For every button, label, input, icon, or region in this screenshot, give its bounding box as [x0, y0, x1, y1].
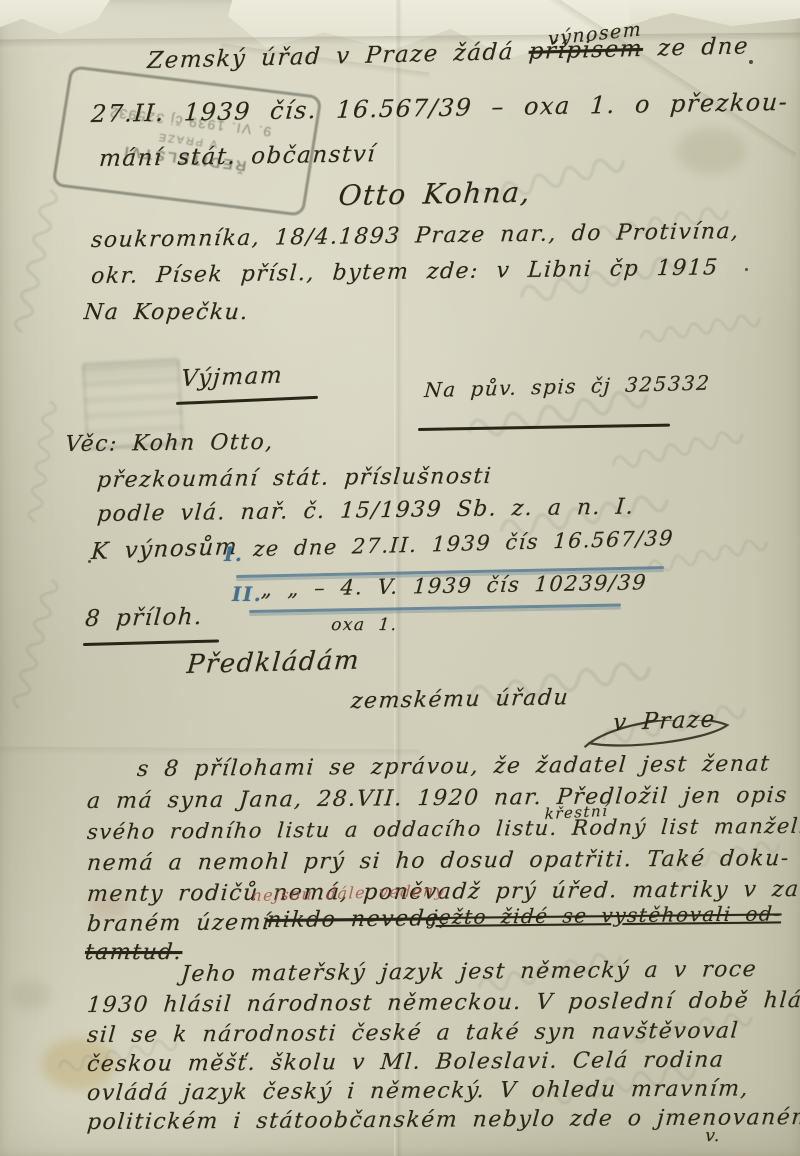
attachments-note: 8 příloh. — [84, 604, 204, 632]
body-line: braném území — [86, 910, 271, 937]
body-line: s 8 přílohami se zprávou, že žadatel jes… — [136, 751, 771, 782]
continuation-mark: v. — [704, 1126, 722, 1146]
body-line: sil se k národnosti české a také syn nav… — [86, 1018, 740, 1048]
letter-line: mání stát. občanství — [98, 141, 377, 172]
reference-line: ze dne 27.II. 1939 čís 16.567/39 — [253, 526, 675, 561]
body-line: 1930 hlásil národnost německou. V posled… — [86, 988, 800, 1018]
rubber-stamp-rotated: ŘEDITELSTVÍ V PRAZE 9. VI. 1939 čj 32593… — [51, 65, 322, 217]
struck-underlined-phrase: ježto židé se vystěhovali od- — [430, 901, 782, 929]
subject-line: přezkoumání stát. příslušnosti — [96, 464, 493, 493]
blue-roman-numeral: I. — [224, 542, 243, 566]
body-line: Jeho mateřský jazyk jest německý a v roc… — [180, 957, 758, 987]
struck-word: tamtud. — [84, 940, 184, 965]
ink-underline — [418, 424, 670, 431]
dispatch-note: Výjmam — [180, 362, 284, 392]
reference-lead: K výnosům — [90, 534, 239, 565]
body-line: politickém i státoobčanském nebylo zde o… — [86, 1105, 800, 1135]
blue-pencil-underline — [249, 604, 621, 613]
letter-opening-line: Zemský úřad v Praze žádá přípisem ze dne — [146, 33, 749, 74]
submission-verb: Předkládám — [186, 645, 362, 680]
subject-line: podle vlá. nař. č. 15/1939 Sb. z. a n. I… — [96, 494, 635, 527]
body-line: svého rodního listu a oddacího listu. Ro… — [86, 814, 800, 844]
ink-underline — [83, 639, 219, 645]
subject-name-heading: Otto Kohna, — [337, 176, 532, 212]
paper-stain — [676, 128, 746, 174]
opening-text: ze dne — [642, 33, 750, 62]
letter-line: Na Kopečku. — [83, 300, 250, 325]
body-line: nemá a nemohl prý si ho dosud opatřiti. … — [86, 846, 791, 876]
ink-speck — [745, 268, 748, 271]
letter-line: okr. Písek přísl., bytem zde: v Libni čp… — [90, 255, 719, 289]
letter-line: soukromníka, 18/4.1893 Praze nar., do Pr… — [90, 219, 740, 253]
submission-addressee: zemskému úřadu — [350, 685, 570, 714]
torn-paper-flap — [0, 0, 110, 34]
blue-roman-numeral: II. — [232, 582, 262, 606]
inserted-correction-word: křestní — [544, 802, 608, 823]
paper-stain — [10, 980, 50, 1010]
body-line: českou měšť. školu v Ml. Boleslavi. Celá… — [86, 1048, 725, 1077]
ink-speck — [749, 60, 753, 64]
body-line: ovládá jazyk český i německý. V ohledu m… — [86, 1076, 750, 1106]
scanned-document-page: ŘEDITELSTVÍ V PRAZE 9. VI. 1939 čj 32593… — [0, 0, 800, 1156]
ink-underline — [176, 396, 318, 405]
opening-text: Zemský úřad v Praze žádá — [146, 39, 529, 74]
struck-phrase: nikdo nevede, — [266, 906, 449, 933]
file-reference: Na pův. spis čj 325332 — [424, 371, 712, 403]
subject-label: Věc: Kohn Otto, — [65, 430, 275, 457]
submission-place: v Praze — [612, 706, 716, 736]
reference-subnote: oxa 1. — [330, 615, 398, 635]
body-line: a má syna Jana, 28.VII. 1920 nar. Předlo… — [86, 783, 789, 814]
torn-paper-flap — [630, 0, 800, 26]
